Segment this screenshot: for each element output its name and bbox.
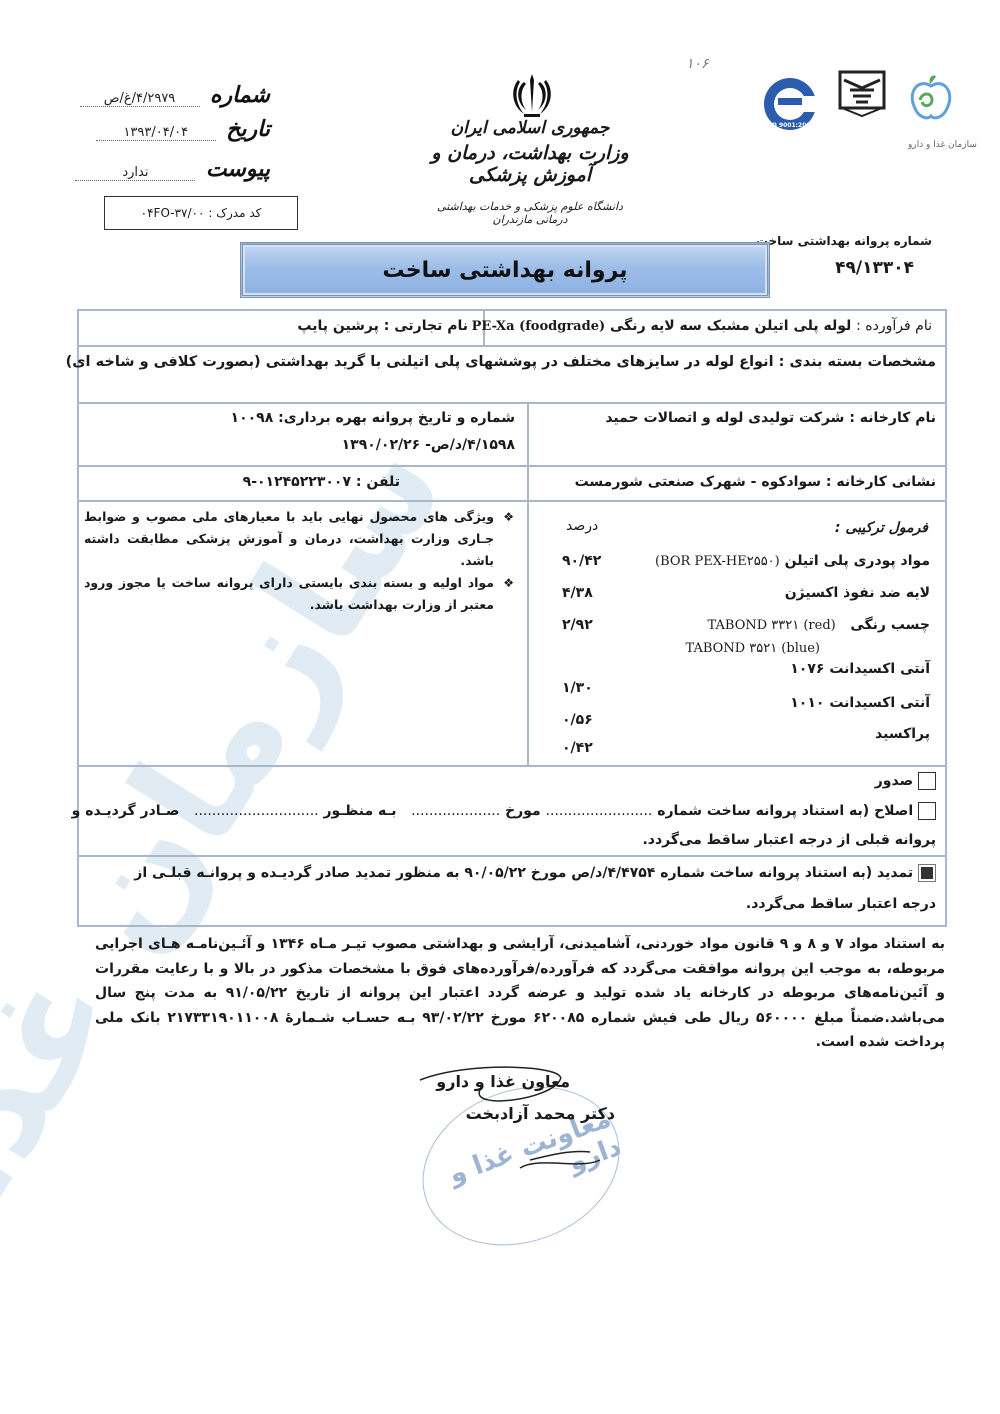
food-drug-organization-caption: سازمان غذا و دارو: [908, 140, 977, 150]
extend-checkbox[interactable]: [918, 864, 936, 882]
extend-line1: تمدید (به استناد پروانه ساخت شماره ۴/۴۷۵…: [134, 865, 913, 881]
product-name-value: لوله پلی اتیلن مشبک سه لایه رنگی: [610, 318, 851, 334]
formula-item: مواد پودری پلی اتیلن (BOR PEX-HE۲۵۵۰): [655, 553, 930, 569]
factory-address-value: سوادکوه - شهرک صنعتی شورمست: [575, 474, 821, 490]
formula-item: آنتی اکسیدانت ۱۰۷۶: [790, 661, 930, 677]
issue-label: صدور: [875, 773, 913, 789]
phone-value: ۰۱۲۴۵۲۲۳۰۰۷-۹: [243, 474, 351, 490]
formula-item-name: پراکسید: [875, 726, 930, 742]
divider: [77, 402, 947, 404]
factory-address-field: نشانی کارخانه : سوادکوه - شهرک صنعتی شور…: [575, 474, 936, 490]
formula-item-name: مواد پودری پلی اتیلن: [785, 553, 930, 569]
trade-name-field: نام تجارتی : پرشین پایپ: [297, 318, 468, 334]
formula-item-percent: ۴/۳۸: [562, 585, 593, 601]
amend-label-a: اصلاح (به استناد پروانه ساخت شماره: [657, 803, 913, 819]
signature-scribble-icon: [410, 1060, 610, 1180]
amend-checkbox[interactable]: [918, 802, 936, 820]
factory-name-field: نام کارخانه : شرکت تولیدی لوله و اتصالات…: [605, 410, 936, 426]
formula-item: TABOND ۳۵۲۱ (blue): [686, 640, 820, 656]
legal-statement: به استناد مواد ۷ و ۸ و ۹ قانون مواد خورد…: [95, 932, 945, 1055]
handwritten-note: ۱۰۶: [686, 56, 709, 72]
factory-name-value: شرکت تولیدی لوله و اتصالات حمید: [605, 410, 844, 426]
packaging-label: مشخصات بسته بندی :: [779, 354, 936, 370]
formula-item: لایه ضد نفوذ اکسیژن: [785, 585, 930, 601]
amend-number-blank: ........................: [546, 803, 653, 819]
formula-item-percent: ۲/۹۲: [562, 617, 593, 633]
amend-label-c: بـه منظـور: [323, 803, 396, 819]
formula-item-spec: TABOND ۳۵۲۱ (blue): [686, 641, 820, 656]
document-code-box: کد مدرک : ۰۴FO-۳۷/۰۰: [104, 196, 298, 230]
factory-name-label: نام کارخانه :: [849, 410, 936, 426]
divider: [77, 765, 947, 767]
operating-license-field: شماره و تاریخ پروانه بهره برداری: ۱۰۰۹۸: [231, 410, 515, 426]
amend-line2: پروانه قبلی از درجه اعتبار ساقط می‌گردد.: [642, 832, 936, 848]
amend-label-d: صـادر گردیـده و: [72, 803, 180, 819]
formula-item: پراکسید: [875, 726, 930, 742]
product-name-label: نام فرآورده :: [856, 318, 932, 334]
iran-emblem-icon: [510, 72, 554, 118]
packaging-field: مشخصات بسته بندی : انواع لوله در سایزهای…: [66, 354, 936, 370]
issue-checkbox[interactable]: [918, 772, 936, 790]
divider: [77, 855, 947, 857]
divider: [527, 402, 529, 766]
document-title: پروانه بهداشتی ساخت: [382, 258, 627, 283]
letter-date-line: تاریخ ۱۳۹۳/۰۴/۰۴: [96, 116, 270, 142]
formula-item-name: چسب رنگی: [850, 617, 930, 633]
trade-name-label: نام تجارتی :: [384, 318, 468, 334]
divider: [77, 465, 947, 467]
ministry-heading: جمهوری اسلامی ایران وزارت بهداشت، درمان …: [420, 118, 640, 226]
formula-item-name: آنتی اکسیدانت ۱۰۱۰: [790, 695, 930, 711]
formula-item-spec: TABOND ۳۳۲۱ (red): [708, 618, 836, 633]
attachment-line: پیوست ندارد: [75, 156, 270, 182]
phone-label: تلفن :: [356, 474, 400, 490]
formula-item-spec: (BOR PEX-HE۲۵۵۰): [655, 554, 780, 569]
permit-number-value: ۴۹/۱۳۳۰۴: [835, 258, 914, 278]
attachment-label: پیوست: [206, 156, 270, 182]
university-title: دانشگاه علوم پزشکی و خدمات بهداشتی درمان…: [420, 200, 640, 226]
operating-license-number: ۱۰۰۹۸: [231, 410, 274, 426]
requirement-item: ویژگی های محصول نهایی باید با معیارهای م…: [84, 506, 514, 572]
attachment-value: ندارد: [75, 165, 195, 181]
permit-number-label: شماره پروانه بهداشتی ساخت: [756, 234, 932, 248]
product-name-code: PE-Xa (foodgrade): [472, 319, 605, 334]
ministry-title: وزارت بهداشت، درمان و آموزش پزشکی: [420, 142, 640, 186]
formula-item-percent: ۰/۵۶: [562, 712, 593, 728]
requirements-list: ویژگی های محصول نهایی باید با معیارهای م…: [84, 506, 514, 616]
option-amend: اصلاح (به استناد پروانه ساخت شماره .....…: [72, 802, 936, 820]
operating-license-label: شماره و تاریخ پروانه بهره برداری:: [278, 410, 515, 426]
iso-certification-logo: ISO 9001:2008: [762, 76, 818, 132]
formula-item-percent: ۹۰/۴۲: [562, 553, 601, 569]
document-title-banner: پروانه بهداشتی ساخت: [240, 242, 770, 298]
operating-license-ref: ۴/۱۵۹۸/د/ص- ۱۳۹۰/۰۲/۲۶: [342, 437, 515, 453]
factory-address-label: نشانی کارخانه :: [826, 474, 936, 490]
formula-item-name: آنتی اکسیدانت ۱۰۷۶: [790, 661, 930, 677]
document-code-value: ۰۴FO-۳۷/۰۰: [141, 206, 205, 220]
document-code-label: کد مدرک :: [208, 206, 261, 220]
divider: [77, 500, 947, 502]
phone-field: تلفن : ۰۱۲۴۵۲۲۳۰۰۷-۹: [243, 474, 400, 490]
option-extend: تمدید (به استناد پروانه ساخت شماره ۴/۴۷۵…: [134, 864, 936, 882]
divider: [77, 345, 947, 347]
formula-title: فرمول ترکیبی :: [835, 520, 928, 536]
letter-number-label: شماره: [210, 82, 270, 108]
formula-item-percent: ۰/۴۲: [562, 740, 593, 756]
packaging-value: انواع لوله در سایزهای مختلف در پوششهای پ…: [66, 354, 774, 370]
amend-date-blank: ....................: [411, 803, 500, 819]
university-logo: [838, 70, 886, 122]
republic-title: جمهوری اسلامی ایران: [420, 118, 640, 138]
amend-purpose-blank: ............................: [194, 803, 319, 819]
formula-item-name: لایه ضد نفوذ اکسیژن: [785, 585, 930, 601]
product-name-field: نام فرآورده : لوله پلی اتیلن مشبک سه لای…: [472, 318, 932, 334]
extend-line2: درجه اعتبار ساقط می‌گردد.: [746, 896, 936, 912]
formula-item: چسب رنگی TABOND ۳۳۲۱ (red): [708, 617, 930, 633]
food-drug-organization-logo: [908, 74, 954, 124]
trade-name-value: پرشین پایپ: [297, 318, 379, 334]
option-issue: صدور: [875, 772, 936, 790]
letter-number-line: شماره ۴/۲۹۷۹/غ/ص: [80, 82, 270, 108]
letter-date-label: تاریخ: [226, 116, 270, 142]
percent-header: درصد: [566, 518, 598, 534]
amend-label-b: مورخ: [505, 803, 541, 819]
formula-item: آنتی اکسیدانت ۱۰۱۰: [790, 695, 930, 711]
svg-text:ISO 9001:2008: ISO 9001:2008: [765, 122, 815, 129]
letter-date-value: ۱۳۹۳/۰۴/۰۴: [96, 125, 216, 141]
formula-item-percent: ۱/۳۰: [562, 680, 593, 696]
requirement-item: مواد اولیه و بسته بندی بایستی دارای پروا…: [84, 572, 514, 616]
letter-number-value: ۴/۲۹۷۹/غ/ص: [80, 91, 200, 107]
